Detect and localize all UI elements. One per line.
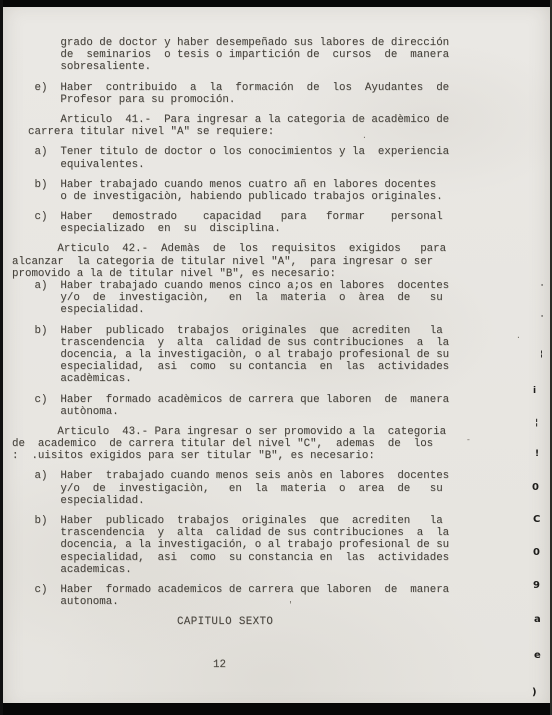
text-line: a) Haber trabajado cuando menos cinco a;… — [28, 280, 518, 292]
scan-speck: ' — [288, 602, 293, 610]
item-e: e) Haber contribuido a la formación de l… — [28, 82, 518, 106]
text-line: y/o de investigaciòn, en la materia o ar… — [28, 483, 518, 495]
articulo-41: Articulo 41.- Para ingresar a la categor… — [28, 114, 518, 138]
text-line: o de investigaciòn, habiendo publicado t… — [28, 191, 518, 203]
articulo-42: Articulo 42.- Ademàs de los requisitos e… — [12, 243, 518, 280]
binding-mark: ' — [541, 284, 543, 291]
binding-mark: i — [533, 387, 536, 396]
text-line: docencia, a la investigación, o al traba… — [28, 539, 518, 551]
scan-border-left — [0, 0, 3, 715]
text-line: especialidad, asi como su constancia en … — [28, 552, 518, 564]
art41-item-b: b) Haber trabajado cuando menos cuatro a… — [28, 179, 518, 203]
binding-mark: 0 — [533, 548, 540, 558]
text-line: Profesor para su promoción. — [28, 94, 518, 106]
scan-border-bottom — [0, 703, 552, 715]
text-line: autonoma. — [28, 596, 518, 608]
text-line: b) Haber publicado trabajos originales q… — [28, 515, 518, 527]
scan-speck: . — [362, 133, 367, 141]
text-line: sobresaliente. — [28, 61, 518, 73]
binding-mark: ) — [532, 688, 537, 698]
text-line: especialidad. — [28, 495, 518, 507]
text-line: especializado en su disciplina. — [28, 223, 518, 235]
art43-item-c: c) Haber formado academicos de carrera q… — [28, 584, 518, 608]
text-line: carrera titular nivel "A" se requiere: — [28, 126, 518, 138]
text-line: y/o de investigaciòn, en la materia o àr… — [28, 292, 518, 304]
text-line: Articulo 41.- Para ingresar a la categor… — [28, 114, 518, 126]
art43-item-a: a) Haber trabajado cuando menos seis anò… — [28, 470, 518, 507]
binding-mark: a — [534, 615, 541, 625]
text-line: equivalentes. — [28, 159, 518, 171]
text-line: b) Haber publicado trabajos originales q… — [28, 325, 518, 337]
text-line: : .uisitos exigidos para ser titular "B"… — [12, 450, 518, 462]
text-line: especialidad, asi como su contancia en l… — [28, 361, 518, 373]
text-line: promovido a la de titular nivel "B", es … — [12, 268, 518, 280]
binding-mark: 0 — [532, 483, 539, 493]
text-line: c) Haber formado acadèmicos de carrera q… — [28, 394, 518, 406]
art42-item-a: a) Haber trabajado cuando menos cinco a;… — [28, 280, 518, 317]
scan-border-top — [0, 0, 552, 7]
chapter-heading: CAPITULO SEXTO — [177, 616, 273, 628]
text-line: autònoma. — [28, 406, 518, 418]
text-line: trascendencia y alta calidad de sus cont… — [28, 527, 518, 539]
art42-item-b: b) Haber publicado trabajos originales q… — [28, 325, 518, 386]
text-line: c) Haber formado academicos de carrera q… — [28, 584, 518, 596]
text-line: Articulo 42.- Ademàs de los requisitos e… — [12, 243, 518, 255]
text-line: e) Haber contribuido a la formación de l… — [28, 82, 518, 94]
art41-item-c: c) Haber demostrado capacidad para forma… — [28, 211, 518, 235]
art42-item-c: c) Haber formado acadèmicos de carrera q… — [28, 394, 518, 418]
text-line: trascendencia y alta calidad de sus cont… — [28, 337, 518, 349]
binding-mark: e — [534, 651, 541, 661]
articulo-43: Articulo 43.- Para ingresar o ser promov… — [12, 426, 518, 463]
text-line: acadèmicas. — [28, 373, 518, 385]
text-line: especialidad. — [28, 304, 518, 316]
text-line: c) Haber demostrado capacidad para forma… — [28, 211, 518, 223]
text-line: b) Haber trabajado cuando menos cuatro a… — [28, 179, 518, 191]
art41-item-a: a) Tener titulo de doctor o los conocimi… — [28, 146, 518, 170]
binding-mark: 9 — [533, 581, 540, 591]
page-number: 12 — [213, 659, 226, 671]
scan-speck: . — [516, 333, 521, 341]
text-line: a) Haber trabajado cuando menos seis anò… — [28, 470, 518, 482]
text-line: docencia, a la investigaciòn, o al traba… — [28, 349, 518, 361]
item-d-continuation: grado de doctor y haber desempeñado sus … — [28, 37, 518, 74]
text-line: Articulo 43.- Para ingresar o ser promov… — [12, 426, 518, 438]
scanned-document-page: grado de doctor y haber desempeñado sus … — [0, 0, 552, 715]
text-line: grado de doctor y haber desempeñado sus … — [28, 37, 518, 49]
binding-mark: C — [533, 515, 540, 525]
binding-mark: ' — [541, 315, 543, 322]
scan-speck: - — [466, 437, 471, 445]
text-line: de academico de carrera titular del nive… — [12, 438, 518, 450]
text-line: alcanzar la categoria de titular nivel "… — [12, 256, 518, 268]
text-line: academicas. — [28, 564, 518, 576]
document-text: grado de doctor y haber desempeñado sus … — [28, 37, 518, 608]
text-line: de seminarios o tesis o impartición de c… — [28, 49, 518, 61]
binding-mark: ¦ — [540, 350, 543, 358]
binding-mark: ! — [535, 450, 539, 459]
binding-mark: ¦ — [535, 419, 538, 428]
art43-item-b: b) Haber publicado trabajos originales q… — [28, 515, 518, 576]
text-line: a) Tener titulo de doctor o los conocimi… — [28, 146, 518, 158]
